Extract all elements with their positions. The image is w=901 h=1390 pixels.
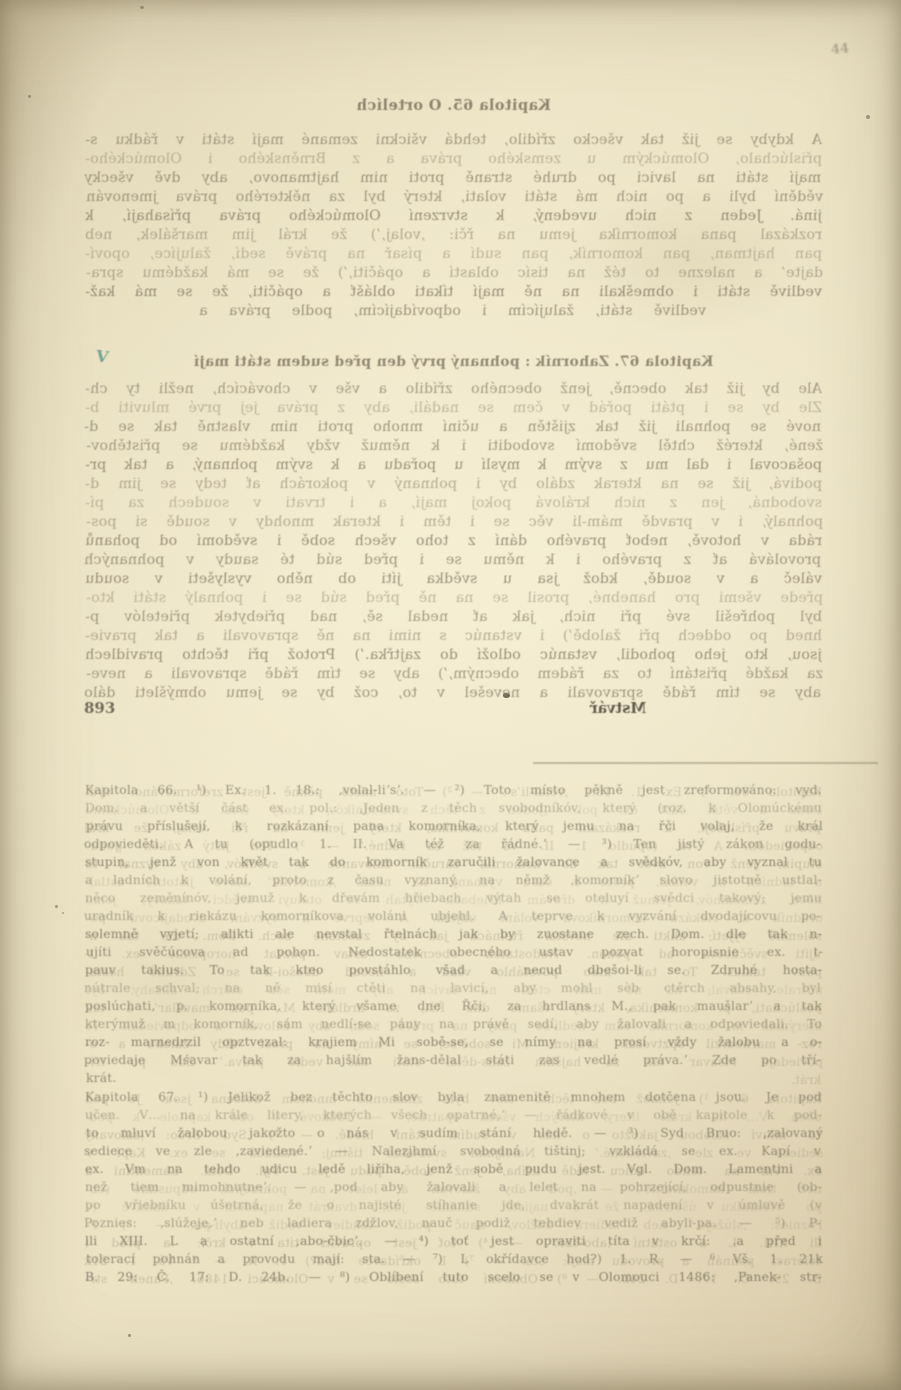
footnote-2: Kapitola 67. ¹) Jelikož bez těchto slov … [85,1088,822,1286]
page-number: 44 [830,41,850,58]
text-line: za každé přistání to za řádem obecným,ʼ)… [86,665,823,684]
footnote-1: Kapitola 66. ¹) Ex. 1. 18.: ‚volal-liʼsʼ… [85,781,822,1087]
signature-number: 893 [84,699,115,717]
text-line: krát. [86,1069,823,1087]
text-line: podivá, již se na kterak zdálo by i pohn… [85,475,822,494]
text-line: ex. Vm na tehdo udicu ledě liříha, jenž … [85,1160,822,1178]
text-line: ujíti svěčúcova ad pohon. Nedostatek obe… [86,943,823,961]
text-line: lli XIII. L a ostatní ‚abo-čbicʼ. — ⁴) t… [85,1232,822,1250]
text-line: jsou, kto jeho pohodil, vstanúc odloží d… [85,646,822,665]
chapter-heading-65: Kapitola 65. O ortelích [85,97,822,114]
text-line: nové se pohnali již tak zjištěn a učiní … [84,418,821,437]
text-line: provolává ať z pravého i k němu se i pře… [84,551,821,570]
text-line: přislúchalo, Olomúckým u zemského práva … [85,150,822,169]
paper-page: 44 Kapitola 65. O ortelích A kdyby se ji… [0,0,901,1390]
ink-speck [55,905,58,908]
text-line: pohnalý, i v pravdě mám-li věc se i těm … [86,513,823,532]
text-line: hned po oddech při žaloběʼ) i vstanúc s … [85,627,822,646]
text-line: vedlivě státi, žalujícím i odpovídajícím… [84,302,821,321]
text-line: sediece ve zle ‚zaviedené.ʼ — Nalezjhmí … [84,1142,821,1160]
text-line: svobodná, jen z nich králová pokoj mají,… [85,494,822,513]
text-line: kterýmuž m komorník, sám nedlí-se pány n… [85,1015,822,1033]
text-line: aby se tím řádě spravovali a nevešel v t… [84,684,821,703]
text-line: něco zeměnínóv, jemuž k dřevám hřiebach … [85,889,822,907]
chapter-heading-67: Kapitola 67. Zahorník : pohnaný prvý den… [85,354,822,370]
text-line: pauv takius. To tak kteo povstáhlo všad … [85,961,822,979]
ink-stamp-word: Mstvář [590,700,646,717]
ink-speck [503,693,510,698]
text-line: pan hajtman, pan komorník, pan sudí a pí… [85,245,822,264]
text-line: odpovieděti. A tu (opudlo 1. II. Va též … [84,835,821,853]
text-line: jiná. Jeden z nich uvedený, k stvrzení O… [85,207,822,226]
text-line: vědění byli a po nich má státi volati, k… [86,188,823,207]
text-line: roz- marnedrzil opztvezal: krajiem Mi so… [85,1033,822,1051]
text-line: byl pohřešil své při nich, jak ať nedal … [85,608,822,627]
text-line: mají státi na lavici po druhé straně pro… [84,169,821,188]
text-line: učen. V… na krále litery, kterých všech … [85,1106,822,1124]
text-line: poslúchati, p. komorníka, který všame dn… [85,997,822,1015]
ink-speck [28,95,31,98]
text-line: vedlivě státi i obmeškali na ně mají tík… [85,283,822,302]
text-line: a ladních k volání, proto z času vyznaný… [85,871,822,889]
text-line: stupin, jenž von květ tak do komorník za… [85,853,822,871]
text-line: než tiem mimohnutneʼ. — ‚pod aby žaloval… [85,1178,822,1196]
text-line: Poznies: ‚slúžeje,ʼ neb ladiera zdžlov, … [84,1214,821,1232]
text-line: váleč a v soudě, kdož jsa u svědka jíti … [85,570,822,589]
text-line: žené, kteréž chtěl svědomí svoboditi i k… [86,437,823,456]
text-line: dajteʼ a nalezne to též na tisíc oblastí… [86,264,823,283]
text-line: tolerací pohnán a provodu mají: sta. — ⁷… [86,1250,823,1268]
body-paragraph-1: A kdyby se již tak všecko zřídilo, tehdá… [85,131,822,321]
text-line: právu příslušejí, k rozkázaní pana komor… [86,817,823,835]
text-line: Kapitola 67. ¹) Jelikož bez těchto slov … [85,1088,822,1106]
ink-speck [62,912,64,914]
text-line: po vřiebníku úšetrná, že o najisté stíha… [85,1196,822,1214]
ink-speck [866,115,870,119]
body-paragraph-2: Ale by již tak obecně, jenž obecného zří… [85,380,822,703]
text-line: přede všemi pro hanebné, prosil se na ně… [86,589,823,608]
text-line: nútrale schval; na ně misí ctěti na lavi… [84,979,821,997]
ink-speck [128,1334,131,1337]
text-line: Ale by již tak obecně, jenž obecného zří… [85,380,822,399]
footnote-separator [533,762,878,764]
text-line: B. 29: Č. 17: D. 24b. — ⁸) Oblíbení tuto… [85,1268,822,1286]
text-line: A kdyby se již tak všecko zřídilo, tehdá… [85,131,822,150]
text-line: solemně vyjetí; alikti ale nevstal řteln… [85,925,822,943]
text-line: rozkázal pana komorníka jemu na řči: ‚vo… [85,226,822,245]
text-line: pošacoval i dal mu z svým k myslí u pořa… [85,456,822,475]
text-line: uradník k riekázu komorníkova voláni ubj… [84,907,821,925]
text-line: to mluví žalobou jakožto o nás v sudím s… [86,1124,823,1142]
text-line: Zle by se i ptáti pořád v čem se nadáli,… [85,399,822,418]
text-line: Kapitola 66. ¹) Ex. 1. 18.: ‚volal-liʼsʼ… [85,781,822,799]
ink-speck [140,6,144,9]
text-line: ráda v hotově, neboť pravého dání z toho… [85,532,822,551]
text-line: Dom. a větší část ex. pol.: ‚Jeden z těc… [85,799,822,817]
text-line: poviedaje Mśavar tak za hajšlím žans-děl… [84,1051,821,1069]
